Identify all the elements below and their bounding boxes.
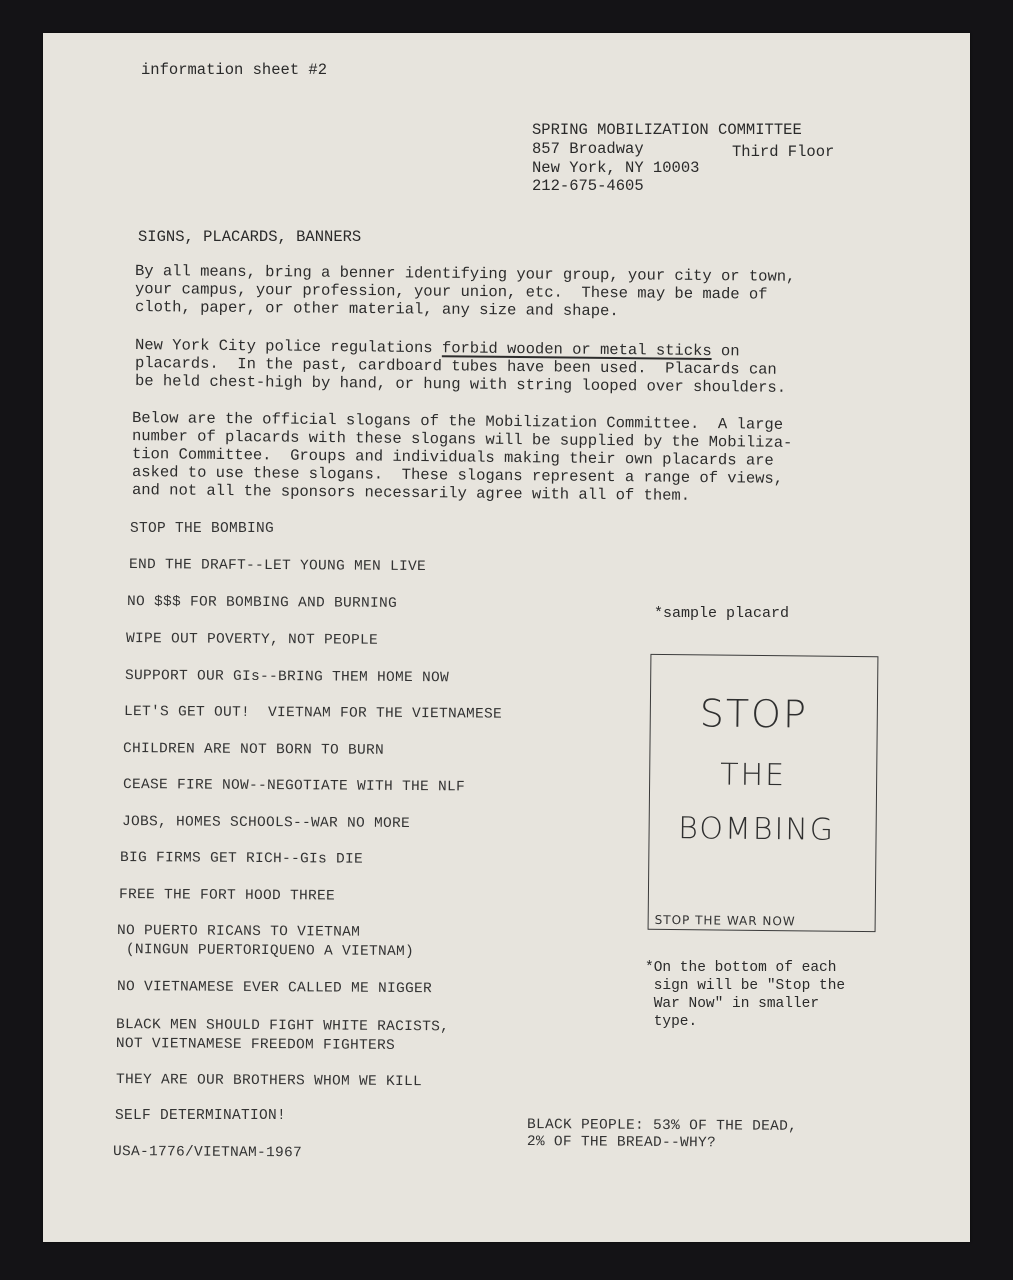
sample-placard: STOP THE BOMBING STOP THE WAR NOW [648, 654, 879, 932]
slogan-item: CHILDREN ARE NOT BORN TO BURN [123, 740, 384, 761]
document-label: information sheet #2 [141, 61, 327, 79]
slogan-item: LET'S GET OUT! VIETNAM FOR THE VIETNAMES… [124, 703, 502, 725]
section-heading: SIGNS, PLACARDS, BANNERS [138, 228, 361, 246]
slogan-item: NO $$$ FOR BOMBING AND BURNING [127, 593, 397, 614]
placard-line: STOP [641, 691, 867, 737]
document-page: information sheet #2 SPRING MOBILIZATION… [43, 33, 970, 1242]
slogan-item: STOP THE BOMBING [130, 520, 274, 539]
sample-placard-caption: *sample placard [654, 605, 789, 623]
address-city: New York, NY 10003 [532, 159, 699, 177]
slogan-item: JOBS, HOMES SCHOOLS--WAR NO MORE [122, 813, 410, 834]
slogan-item: END THE DRAFT--LET YOUNG MEN LIVE [129, 556, 426, 577]
placard-note: *On the bottom of each sign will be "Sto… [645, 959, 845, 1031]
phone-number: 212-675-4605 [532, 177, 644, 195]
text-segment: on [712, 342, 740, 360]
slogan-item: SELF DETERMINATION! [115, 1107, 286, 1126]
placard-line: THE [640, 757, 866, 794]
slogan-item: FREE THE FORT HOOD THREE [119, 886, 335, 907]
address-street: 857 Broadway [532, 140, 644, 158]
slogan-item: USA-1776/VIETNAM-1967 [113, 1143, 302, 1163]
org-name: SPRING MOBILIZATION COMMITTEE [532, 121, 802, 139]
slogan-item: THEY ARE OUR BROTHERS WHOM WE KILL [116, 1071, 422, 1092]
slogan-item: WIPE OUT POVERTY, NOT PEOPLE [126, 630, 378, 651]
slogan-item: NO VIETNAMESE EVER CALLED ME NIGGER [117, 978, 432, 999]
slogan-item: NO PUERTO RICANS TO VIETNAM (NINGUN PUER… [117, 922, 414, 962]
placard-line: BOMBING [643, 811, 869, 848]
slogan-item: CEASE FIRE NOW--NEGOTIATE WITH THE NLF [123, 776, 465, 797]
address-floor: Third Floor [732, 143, 834, 161]
slogan-item: BLACK MEN SHOULD FIGHT WHITE RACISTS, NO… [116, 1016, 449, 1056]
slogan-item: BIG FIRMS GET RICH--GIs DIE [120, 849, 363, 870]
placard-footer: STOP THE WAR NOW [655, 913, 796, 928]
slogan-item: SUPPORT OUR GIs--BRING THEM HOME NOW [125, 667, 449, 688]
paragraph-line: cloth, paper, or other material, any siz… [135, 298, 619, 320]
extra-slogan: BLACK PEOPLE: 53% OF THE DEAD, 2% OF THE… [527, 1117, 797, 1153]
